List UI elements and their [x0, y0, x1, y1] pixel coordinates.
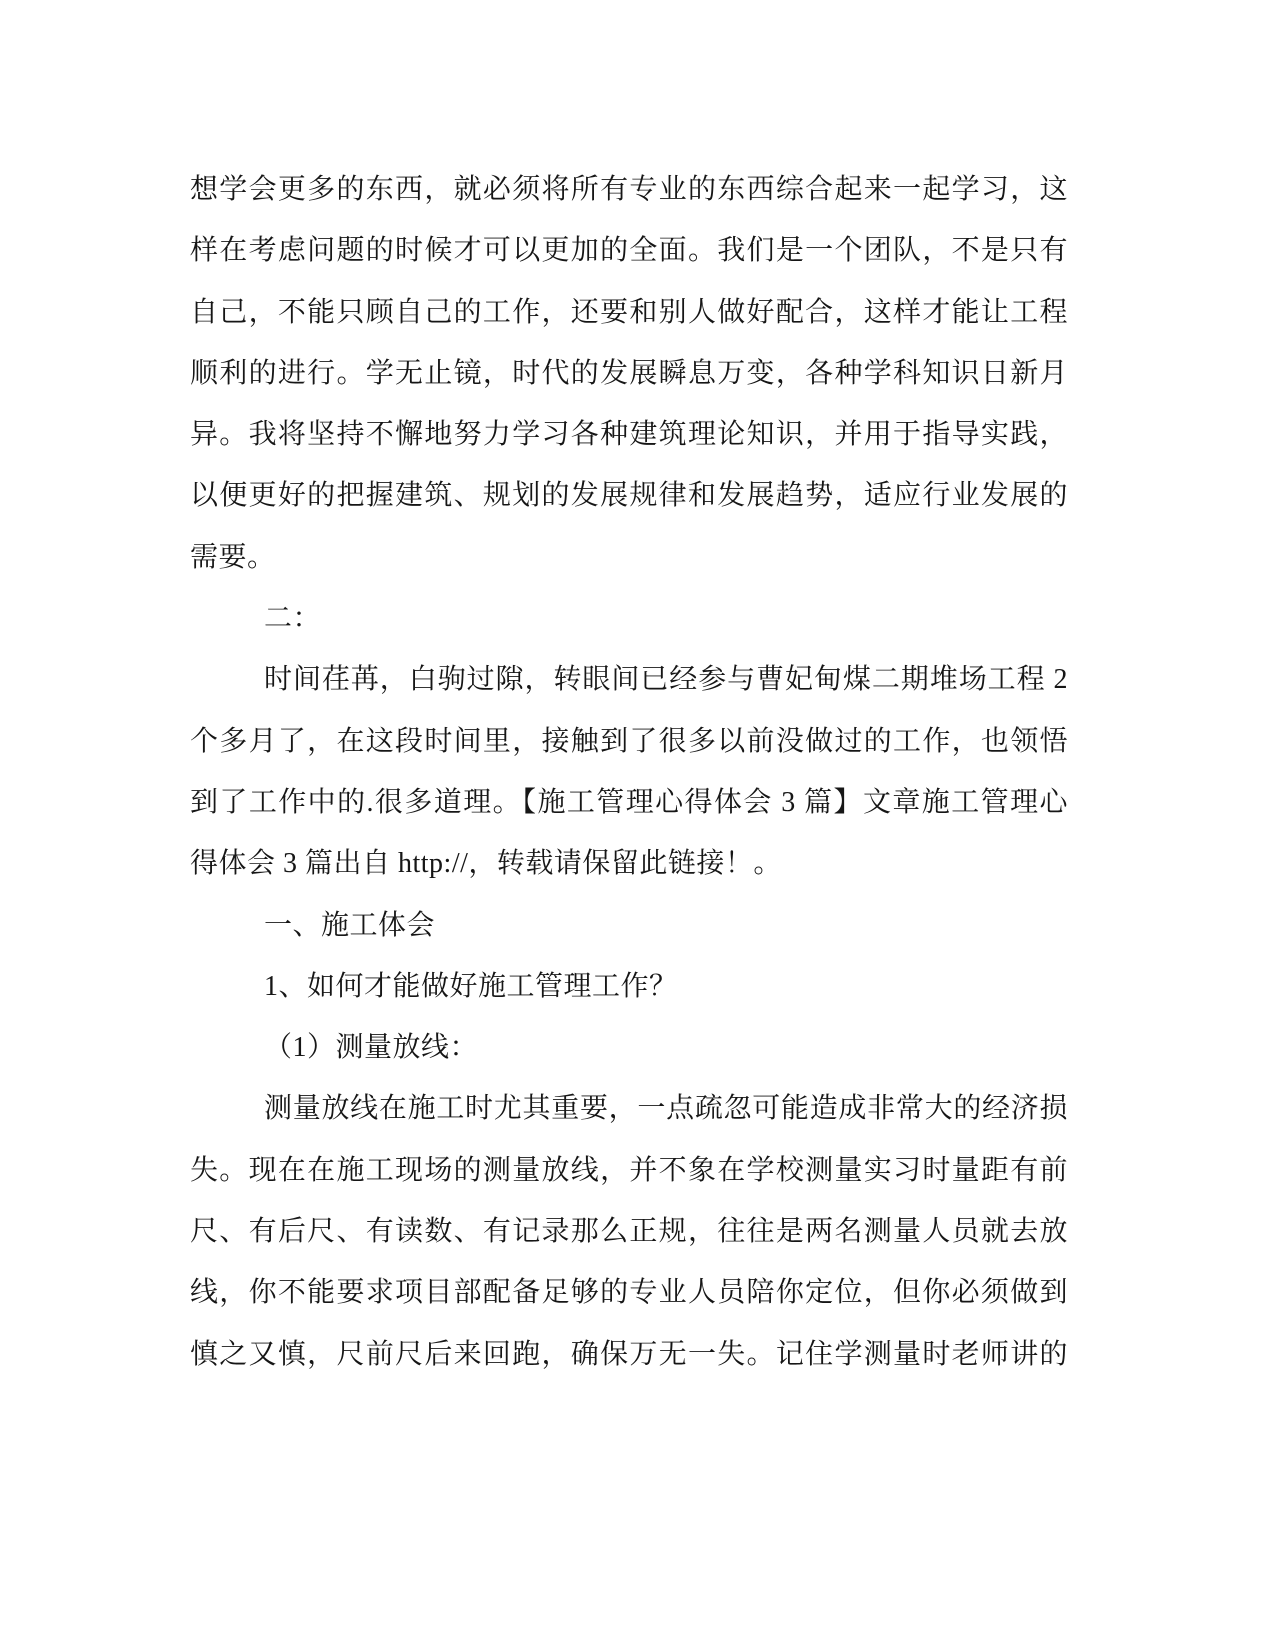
text-line: 尺、有后尺、有读数、有记录那么正规，往往是两名测量人员就去放 — [190, 1201, 1068, 1262]
text-line: 线，你不能要求项目部配备足够的专业人员陪你定位，但你必须做到 — [190, 1262, 1068, 1323]
text-line: 想学会更多的东西，就必须将所有专业的东西综合起来一起学习，这 — [190, 159, 1068, 220]
document-page: 想学会更多的东西，就必须将所有专业的东西综合起来一起学习，这样在考虑问题的时候才… — [0, 0, 1275, 1650]
text-line: 个多月了，在这段时间里，接触到了很多以前没做过的工作，也领悟 — [190, 711, 1068, 772]
text-line: 1、如何才能做好施工管理工作？ — [190, 956, 1068, 1017]
text-line: 时间荏苒，白驹过隙，转眼间已经参与曹妃甸煤二期堆场工程 2 — [190, 649, 1068, 710]
text-line: 测量放线在施工时尤其重要，一点疏忽可能造成非常大的经济损 — [190, 1078, 1068, 1139]
text-line: 到了工作中的.很多道理。【施工管理心得体会 3 篇】文章施工管理心 — [190, 772, 1068, 833]
text-line: 失。现在在施工现场的测量放线，并不象在学校测量实习时量距有前 — [190, 1140, 1068, 1201]
text-line: 二： — [190, 588, 1068, 649]
text-line: （1）测量放线： — [190, 1017, 1068, 1078]
document-text-block: 想学会更多的东西，就必须将所有专业的东西综合起来一起学习，这样在考虑问题的时候才… — [190, 159, 1068, 1385]
text-line: 自己，不能只顾自己的工作，还要和别人做好配合，这样才能让工程 — [190, 282, 1068, 343]
text-line: 以便更好的把握建筑、规划的发展规律和发展趋势，适应行业发展的 — [190, 465, 1068, 526]
text-line: 慎之又慎，尺前尺后来回跑，确保万无一失。记住学测量时老师讲的 — [190, 1324, 1068, 1385]
text-line: 一、施工体会 — [190, 895, 1068, 956]
text-line: 得体会 3 篇出自 http://，转载请保留此链接！。 — [190, 833, 1068, 894]
text-line: 样在考虑问题的时候才可以更加的全面。我们是一个团队，不是只有 — [190, 220, 1068, 281]
text-line: 顺利的进行。学无止镜，时代的发展瞬息万变，各种学科知识日新月 — [190, 343, 1068, 404]
text-line: 需要。 — [190, 527, 1068, 588]
text-line: 异。我将坚持不懈地努力学习各种建筑理论知识，并用于指导实践， — [190, 404, 1068, 465]
